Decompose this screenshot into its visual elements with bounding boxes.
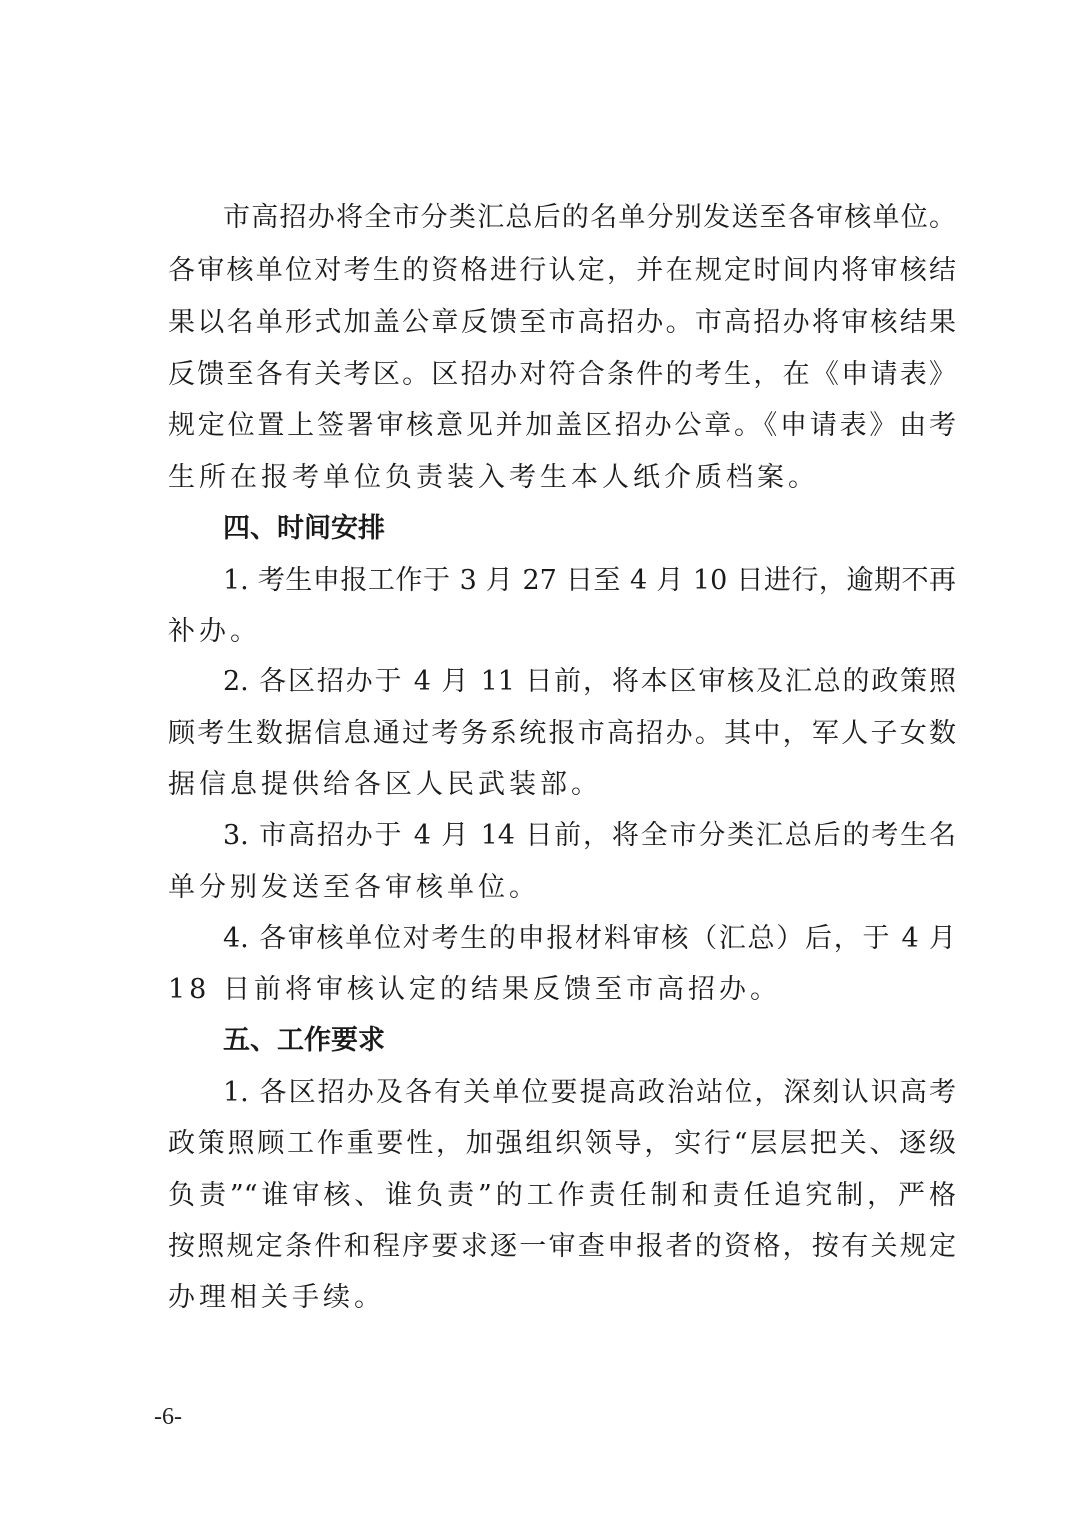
section-heading-schedule: 四、时间安排 <box>223 509 956 549</box>
document-page: 市高招办将全市分类汇总后的名单分别发送至各审核单位。 各审核单位对考生的资格进行… <box>0 0 1080 1527</box>
requirement-item-1-line-5: 办理相关手续。 <box>168 1278 956 1318</box>
schedule-item-3-line-1: 3. 市高招办于 4 月 14 日前，将全市分类汇总后的考生名 <box>223 816 956 856</box>
schedule-item-3-line-2: 单分别发送至各审核单位。 <box>168 868 956 908</box>
page-number: -6- <box>154 1402 182 1432</box>
requirement-item-1-line-2: 政策照顾工作重要性，加强组织领导，实行“层层把关、逐级 <box>168 1124 956 1164</box>
schedule-item-2-line-3: 据信息提供给各区人民武装部。 <box>168 765 956 805</box>
paragraph-line-4: 反馈至各有关考区。区招办对符合条件的考生，在《申请表》 <box>168 355 956 395</box>
paragraph-line-3: 果以名单形式加盖公章反馈至市高招办。市高招办将审核结果 <box>168 303 956 343</box>
paragraph-line-1: 市高招办将全市分类汇总后的名单分别发送至各审核单位。 <box>223 198 956 238</box>
paragraph-line-6: 生所在报考单位负责装入考生本人纸介质档案。 <box>168 458 956 498</box>
schedule-item-4-line-2: 18 日前将审核认定的结果反馈至市高招办。 <box>168 970 956 1010</box>
schedule-item-4-line-1: 4. 各审核单位对考生的申报材料审核（汇总）后，于 4 月 <box>223 919 956 959</box>
section-heading-requirements: 五、工作要求 <box>223 1021 956 1061</box>
schedule-item-2-line-1: 2. 各区招办于 4 月 11 日前，将本区审核及汇总的政策照 <box>223 662 956 702</box>
requirement-item-1-line-4: 按照规定条件和程序要求逐一审查申报者的资格，按有关规定 <box>168 1227 956 1267</box>
requirement-item-1-line-1: 1. 各区招办及各有关单位要提高政治站位，深刻认识高考 <box>223 1073 956 1113</box>
schedule-item-1-line-2: 补办。 <box>168 612 956 652</box>
paragraph-line-5: 规定位置上签署审核意见并加盖区招办公章。《申请表》由考 <box>168 406 956 446</box>
schedule-item-2-line-2: 顾考生数据信息通过考务系统报市高招办。其中，军人子女数 <box>168 714 956 754</box>
schedule-item-1-line-1: 1. 考生申报工作于 3 月 27 日至 4 月 10 日进行，逾期不再 <box>223 561 956 601</box>
paragraph-line-2: 各审核单位对考生的资格进行认定，并在规定时间内将审核结 <box>168 251 956 291</box>
requirement-item-1-line-3: 负责”“谁审核、谁负责”的工作责任制和责任追究制，严格 <box>168 1176 956 1216</box>
